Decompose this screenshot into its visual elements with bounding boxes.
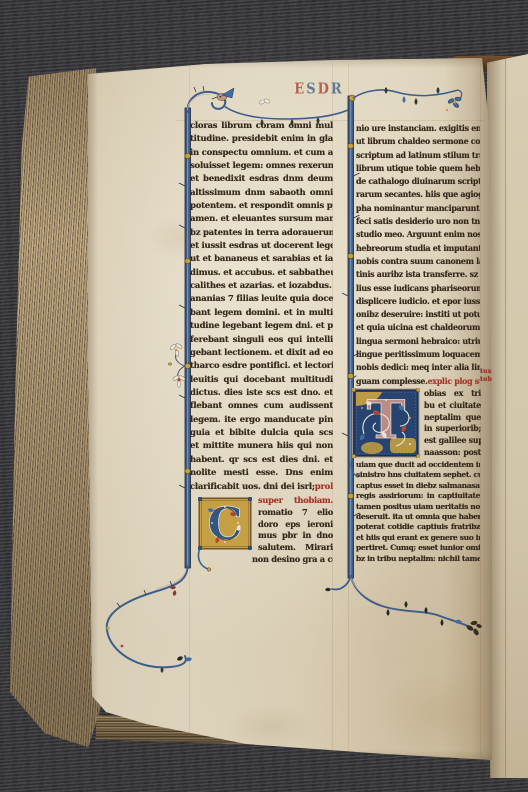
text-line: dimus. et accubus. et sabbatheus — [190, 267, 333, 280]
text-line: bz patentes in terra adorauerunt — [190, 227, 333, 240]
manuscript-photograph: ESDR cloras librum coram omni multitudin… — [0, 0, 528, 792]
text-line: sinistro hns ciuitatem sephet. cum — [356, 470, 480, 480]
text-line: mus pbr in dno — [258, 530, 333, 542]
text-line: tharco esdre pontifici. et lectori: et — [190, 360, 333, 373]
text-line: deseruit. ita ut omnia que habere — [356, 512, 480, 522]
rubric-text: explic plog sup — [428, 375, 480, 388]
text-line: onibz deseruire: institi ut potui. — [356, 308, 480, 321]
text-line: tudine legebant legem dni. et p — [190, 320, 333, 333]
text-line: salutem. Mirari — [258, 542, 333, 554]
right-wrapped-text: obias ex tribu et ciuitateneptalim quein… — [424, 388, 481, 459]
text-line: doro eps ieroni — [258, 519, 333, 531]
text-line: poterat cotidie captiuis fratribz — [356, 522, 480, 532]
rubric-text: super thobiam. — [258, 495, 333, 507]
text-line: titudine. presidebit enim in gla — [190, 133, 333, 146]
text-line: neptalim que — [424, 412, 481, 424]
text-line: est galilee sup — [424, 435, 481, 447]
text-line: et benedixit esdras dnm deum — [190, 173, 333, 186]
text-line: habent. qr scs est dies dni. et — [190, 454, 333, 467]
text-line: nio ure instanciam. exigitis eni — [356, 122, 480, 135]
text-line: tinis auribz ista transferre. sz me — [356, 268, 480, 281]
text-line: obias ex tri — [424, 388, 481, 400]
left-border-bar — [179, 108, 191, 568]
dragon-icon — [212, 88, 234, 101]
text-line: pertiret. Cumq; esset iunior omi — [356, 543, 480, 553]
leaf-cluster-icon — [466, 621, 482, 636]
text-line: bu et ciuitate — [424, 400, 481, 412]
text-line: legem. ite ergo manducate pin — [190, 414, 333, 427]
text-line: clarificabit uos. dni dei isrl; — [190, 481, 315, 494]
text-line: et quia uicina est chaldeorum — [356, 321, 480, 334]
text-line: nolite mesti esse. Dns enim — [190, 467, 333, 480]
text-line: et iussit esdras ut docerent legem — [190, 240, 333, 253]
text-line: et mittite munera hiis qui non — [190, 440, 333, 453]
text-line: soluisset legem: omnes rexerunt — [190, 160, 333, 173]
text-line: rarum secantes. hiis que agiogra — [356, 188, 480, 201]
text-line: naasson: post — [424, 447, 481, 459]
text-line: hebreorum studia et imputant — [356, 242, 480, 255]
text-line: bz in tribu neptalim: nichil tamen — [356, 554, 480, 564]
text-line: tamen positus uiam ueritatis non — [356, 502, 480, 512]
text-line: guia et bibite dulcia quia scs — [190, 427, 333, 440]
running-title-letter: S — [306, 81, 317, 98]
illuminated-initial-c: C — [198, 497, 252, 550]
running-title-letter: E — [294, 81, 306, 98]
text-line: nobis contra suum canonem la — [356, 255, 480, 268]
explicit-line: guam complesse. explic plog sup — [356, 375, 480, 388]
moth-icon — [259, 98, 271, 105]
text-line: altissimum dnm sabaoth omni — [190, 187, 333, 200]
illuminated-initial-t: T — [352, 388, 420, 458]
text-line: leuitis qui docebant multitudi — [190, 374, 333, 387]
left-tail-line: non desino gra a co — [252, 553, 333, 565]
text-line: nobis dedici: meq inter alia lin — [356, 361, 480, 374]
text-line: lius esse iudicans phariseorum — [356, 282, 480, 295]
text-line: displicere iudicio. et epor iussi — [356, 295, 480, 308]
right-text-column: nio ure instanciam. exigitis eniut libru… — [356, 122, 480, 375]
text-line: feci satis desiderio uro non tn — [356, 215, 480, 228]
text-line: in superiorib; — [424, 423, 481, 435]
text-line: calithes et azarias. et iozabdus. 1 — [190, 280, 333, 293]
white-flower-icon — [169, 343, 182, 357]
right-bottom-text: uiam que ducit ad occidentem insinistro … — [356, 460, 480, 564]
text-line: bant legem domini. et in multi — [190, 307, 333, 320]
text-line: cloras librum coram omni mul — [190, 120, 333, 133]
text-line: studio meo. Arguunt enim nos — [356, 228, 480, 241]
text-line: ananias 7 filias leuite quia doce — [190, 293, 333, 306]
page-crease — [505, 54, 506, 778]
red-center-flower-icon — [172, 375, 186, 388]
manuscript-page: ESDR cloras librum coram omni multitudin… — [86, 56, 494, 766]
text-line: ferebant singuli eos qui intelli — [190, 334, 333, 347]
text-line: ut librum chaldeo sermone con — [356, 135, 480, 148]
left-wrapped-text: romatio 7 eliodoro eps ieronimus pbr in … — [258, 507, 333, 554]
text-line: librum utique tobie quem hebrei — [356, 162, 480, 175]
text-line: non desino gra a co — [252, 553, 333, 565]
text-line: scriptum ad latinum stilum traha — [356, 149, 480, 162]
text-line: ut et bananeus et sarabias et ia — [190, 253, 333, 266]
text-line: dictus. dies iste scs est dno. et — [190, 387, 333, 400]
bottom-left-vine — [106, 568, 192, 673]
margin-flower-sprig — [168, 343, 186, 388]
text-line: lingue peritissimum loquacem re — [356, 348, 480, 361]
text-line: lingua sermoni hebraico: utriusq — [356, 335, 480, 348]
blue-flower-icon — [446, 97, 462, 111]
text-line: in conspectu omnium. et cum a — [190, 147, 333, 160]
top-right-vine — [349, 87, 462, 111]
text-line: flebant omnes cum audissent — [190, 400, 333, 413]
left-text-column: cloras librum coram omni multitudine. pr… — [190, 120, 333, 480]
text-line: guam complesse. — [356, 375, 428, 388]
rubric-text: prolog9 — [315, 481, 333, 494]
text-line: uiam que ducit ad occidentem in — [356, 460, 480, 470]
facing-page-edge — [487, 54, 528, 778]
running-title-letter: R — [331, 81, 344, 98]
text-line: amen. et eleuantes sursum man9 — [190, 213, 333, 226]
text-line: captus esset in diebz salmanasar — [356, 481, 480, 491]
text-line: et hiis qui erant ex genere suo im — [356, 533, 480, 543]
text-line: pha nominantur manciparunt. — [356, 202, 480, 215]
text-line: potentem. et respondit omnis ppls — [190, 200, 333, 213]
running-title: ESDR — [290, 82, 348, 97]
text-line: romatio 7 elio — [258, 507, 333, 519]
text-line: de cathalogo diuinarum scriptu — [356, 175, 480, 188]
left-wrapped-text: super thobiam. — [258, 495, 333, 507]
left-rubric-line: clarificabit uos. dni dei isrl; prolog9 — [190, 481, 333, 494]
running-title-letter: D — [318, 81, 331, 98]
text-line: gebant lectionem. et dixit ad eos — [190, 347, 333, 360]
text-line: regis assiriorum: in captiuitate — [356, 491, 480, 501]
